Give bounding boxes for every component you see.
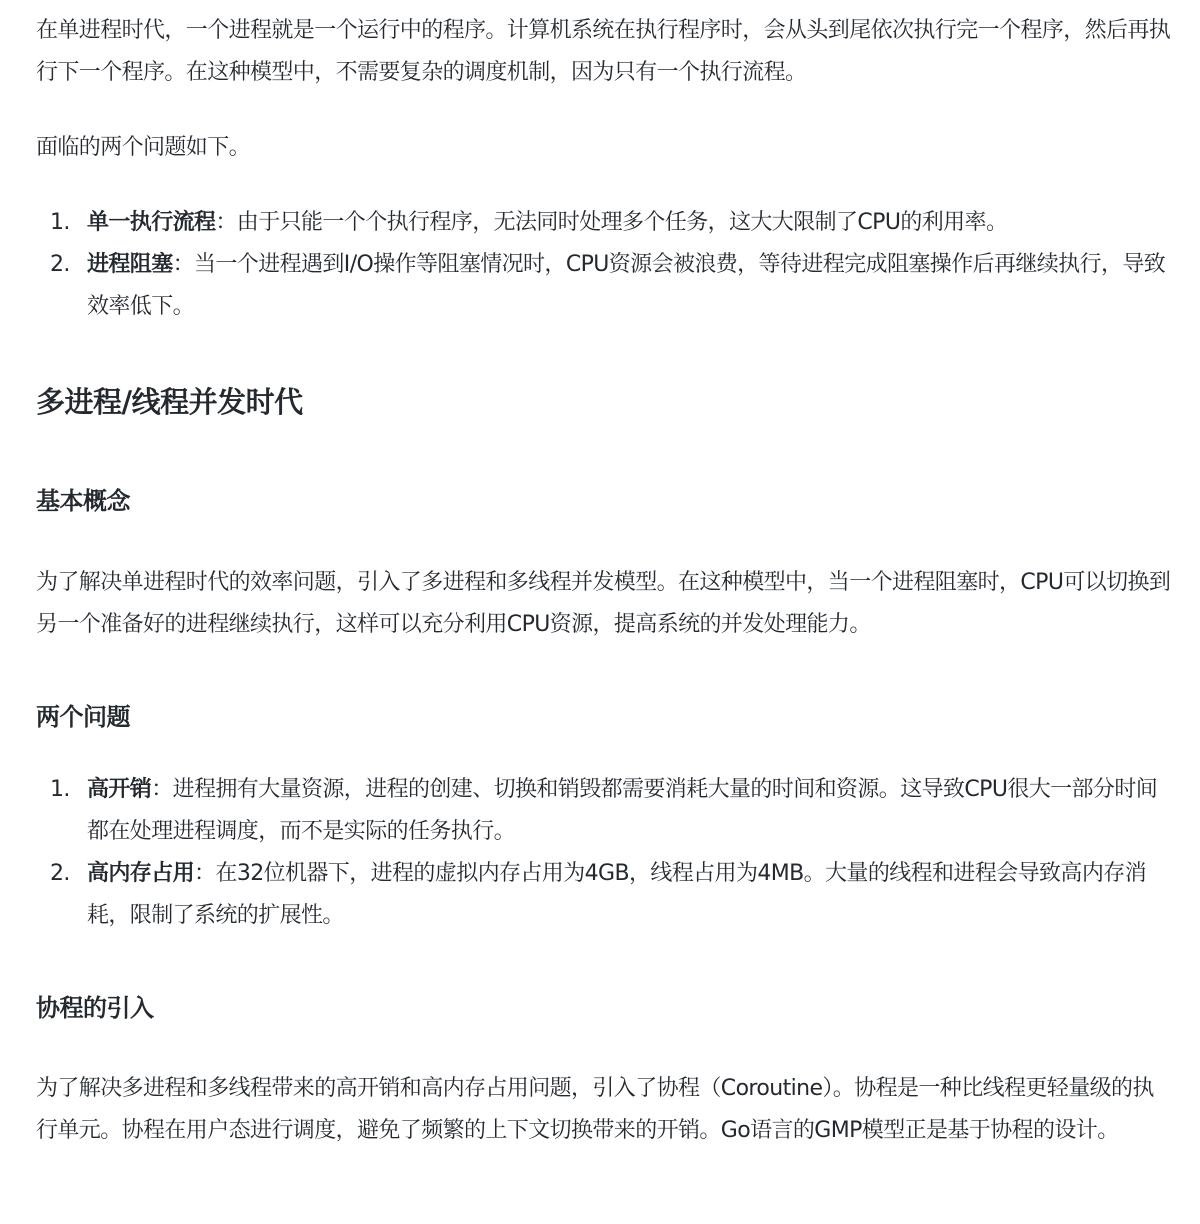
list-item-text: ：由于只能一个个执行程序，无法同时处理多个任务，这大大限制了CPU的利用率。	[215, 210, 1007, 235]
list-number: 2.	[50, 244, 70, 286]
list-number: 1.	[50, 202, 70, 244]
list-item-text: ：进程拥有大量资源，进程的创建、切换和销毁都需要消耗大量的时间和资源。这导致CP…	[87, 777, 1157, 844]
list-item: 2.高内存占用：在32位机器下，进程的虚拟内存占用为4GB，线程占用为4MB。大…	[36, 853, 1171, 937]
list-item-text: ：当一个进程遇到I/O操作等阻塞情况时，CPU资源会被浪费，等待进程完成阻塞操作…	[87, 252, 1165, 319]
two-problems-list: 1.高开销：进程拥有大量资源，进程的创建、切换和销毁都需要消耗大量的时间和资源。…	[36, 769, 1171, 937]
list-item: 1.单一执行流程：由于只能一个个执行程序，无法同时处理多个任务，这大大限制了CP…	[36, 202, 1171, 244]
basic-concept-paragraph: 为了解决单进程时代的效率问题，引入了多进程和多线程并发模型。在这种模型中，当一个…	[36, 562, 1171, 646]
list-item-term: 进程阻塞	[87, 252, 173, 277]
section-heading: 多进程/线程并发时代	[36, 382, 303, 422]
list-item-term: 高开销	[87, 777, 151, 802]
list-item: 2.进程阻塞：当一个进程遇到I/O操作等阻塞情况时，CPU资源会被浪费，等待进程…	[36, 244, 1171, 328]
intro-paragraph: 在单进程时代，一个进程就是一个运行中的程序。计算机系统在执行程序时，会从头到尾依…	[36, 10, 1171, 94]
basic-concept-heading: 基本概念	[36, 483, 130, 519]
list-item-term: 单一执行流程	[87, 210, 215, 235]
problems-intro-text: 面临的两个问题如下。	[36, 127, 1171, 169]
list-item: 1.高开销：进程拥有大量资源，进程的创建、切换和销毁都需要消耗大量的时间和资源。…	[36, 769, 1171, 853]
coroutine-heading: 协程的引入	[36, 990, 154, 1026]
list-number: 1.	[50, 769, 70, 811]
two-problems-heading: 两个问题	[36, 699, 130, 735]
coroutine-paragraph: 为了解决多进程和多线程带来的高开销和高内存占用问题，引入了协程（Coroutin…	[36, 1068, 1171, 1152]
list-item-term: 高内存占用	[87, 861, 194, 886]
list-item-text: ：在32位机器下，进程的虚拟内存占用为4GB，线程占用为4MB。大量的线程和进程…	[87, 861, 1146, 928]
single-process-problems-list: 1.单一执行流程：由于只能一个个执行程序，无法同时处理多个任务，这大大限制了CP…	[36, 202, 1171, 328]
list-number: 2.	[50, 853, 70, 895]
